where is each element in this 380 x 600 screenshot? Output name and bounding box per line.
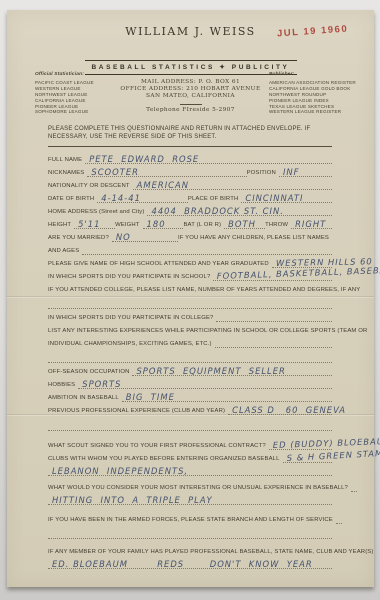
scanned-questionnaire: { "stamp": { "date": "JUL 19 1960", "col… [0, 0, 380, 600]
instructions-text: PLEASE COMPLETE THIS QUESTIONNAIRE AND R… [48, 125, 332, 147]
form-row: IF YOU HAVE BEEN IN THE ARMED FORCES, PL… [48, 515, 332, 524]
field-label: WEIGHT [115, 222, 142, 229]
blank-line [336, 514, 342, 524]
publisher-column: Publisher: AMERICAN ASSOCIATION REGISTER… [269, 72, 359, 115]
publisher-title: Publisher: [269, 72, 359, 78]
answer-line: LEBANON INDEPENDENTS, [48, 466, 332, 476]
answer-line: BOTH [224, 219, 265, 229]
field-label: PREVIOUS PROFESSIONAL EXPERIENCE (CLUB A… [48, 408, 228, 415]
answer-line: SPORTS [78, 379, 332, 389]
form-row: HEIGHT5'11WEIGHT180BAT (L OR R)BOTHTHROW… [48, 220, 332, 229]
field-label: HOBBIES [48, 382, 78, 389]
blank-line [48, 421, 332, 431]
form-row: ED. BLOEBAUM REDS DON'T KNOW YEAR [48, 560, 332, 569]
league-item: AMERICAN ASSOCIATION REGISTER [269, 80, 359, 86]
handwritten-value: ED (BUDDY) BLOEBAUM [272, 436, 380, 450]
questionnaire-paper: JUL 19 1960 WILLIAM J. WEISS BASEBALL ST… [7, 10, 374, 587]
field-label: IN WHICH SPORTS DID YOU PARTICIPATE IN C… [48, 315, 216, 322]
handwritten-value: SPORTS [82, 379, 121, 389]
handwritten-value: NO [116, 232, 131, 242]
handwritten-value: 4-14-41 [101, 193, 141, 203]
form-row: INDIVIDUAL CHAMPIONSHIPS, EXCITING GAMES… [48, 339, 332, 348]
form-row: AMBITION IN BASEBALLBIG TIME [48, 393, 332, 402]
form-row: IN WHICH SPORTS DID YOU PARTICIPATE IN C… [48, 313, 332, 322]
field-label: POSITION [247, 170, 279, 177]
form-row: DATE OF BIRTH4-14-41PLACE OF BIRTHCINCIN… [48, 194, 332, 203]
field-label: PLACE OF BIRTH [188, 196, 241, 203]
form-row: PLEASE GIVE NAME OF HIGH SCHOOL ATTENDED… [48, 259, 332, 268]
field-label: LIST ANY INTERESTING EXPERIENCES WHILE P… [48, 328, 370, 335]
blank-line [82, 245, 332, 255]
answer-line: ED (BUDDY) BLOEBAUM [269, 440, 332, 450]
letterhead-name: WILLIAM J. WEISS [7, 25, 374, 38]
form-row: NATIONALITY OR DESCENTAMERICAN [48, 181, 332, 190]
answer-line: AMERICAN [133, 180, 332, 190]
form-row [48, 530, 332, 539]
field-label: IN WHICH SPORTS DID YOU PARTICIPATE IN S… [48, 274, 213, 281]
questionnaire-form: FULL NAMEPETE EDWARD ROSENICKNAMESSCOOTE… [48, 151, 332, 569]
answer-line: INF [279, 167, 332, 177]
letterhead-banner: BASEBALL STATISTICS ✦ PUBLICITY [85, 60, 297, 75]
handwritten-value: LEBANON INDEPENDENTS, [52, 466, 188, 476]
handwritten-value: HITTING INTO A TRIPLE PLAY [52, 495, 213, 505]
form-row [48, 422, 332, 431]
field-label: CLUBS WITH WHOM YOU PLAYED BEFORE ENTERI… [48, 456, 283, 463]
answer-line: 4-14-41 [97, 193, 188, 203]
blank-line [216, 312, 332, 322]
answer-line: FOOTBALL, BASKETBALL, BASEBALL [213, 271, 332, 281]
field-label: IF YOU HAVE ANY CHILDREN, PLEASE LIST NA… [178, 235, 332, 242]
form-row: LEBANON INDEPENDENTS, [48, 467, 332, 476]
answer-line: NO [112, 232, 178, 242]
field-label: HOME ADDRESS (Street and City) [48, 209, 147, 216]
league-item: WESTERN LEAGUE REGISTER [269, 109, 359, 115]
form-row: LIST ANY INTERESTING EXPERIENCES WHILE P… [48, 326, 332, 335]
handwritten-value: RIGHT [295, 219, 326, 229]
field-label: PLEASE GIVE NAME OF HIGH SCHOOL ATTENDED… [48, 261, 272, 268]
handwritten-value: 180 [147, 219, 166, 229]
form-row: ARE YOU MARRIED?NOIF YOU HAVE ANY CHILDR… [48, 233, 332, 242]
field-label: DATE OF BIRTH [48, 196, 97, 203]
field-label: ARE YOU MARRIED? [48, 235, 112, 242]
official-statistician-list: PACIFIC COAST LEAGUEWESTERN LEAGUENORTHW… [35, 80, 113, 115]
form-row: AND AGES [48, 246, 332, 255]
form-row: HOBBIESSPORTS [48, 380, 332, 389]
handwritten-value: CINCINNATI [245, 193, 303, 203]
field-label: IF YOU HAVE BEEN IN THE ARMED FORCES, PL… [48, 517, 336, 524]
form-row: HOME ADDRESS (Street and City)4404 BRADD… [48, 207, 332, 216]
field-label: WHAT SCOUT SIGNED YOU TO YOUR FIRST PROF… [48, 443, 269, 450]
publisher-list: AMERICAN ASSOCIATION REGISTERCALIFORNIA … [269, 80, 359, 115]
form-row: CLUBS WITH WHOM YOU PLAYED BEFORE ENTERI… [48, 454, 332, 463]
handwritten-value: INF [283, 167, 300, 177]
form-row: IF ANY MEMBER OF YOUR FAMILY HAS PLAYED … [48, 547, 332, 556]
form-row: WHAT SCOUT SIGNED YOU TO YOUR FIRST PROF… [48, 441, 332, 450]
handwritten-value: CLASS D 60 GENEVA [232, 405, 346, 415]
answer-line: PETE EDWARD ROSE [85, 154, 332, 164]
answer-line: RIGHT [291, 219, 332, 229]
field-label: WHAT WOULD YOU CONSIDER YOUR MOST INTERE… [48, 485, 351, 492]
field-label: OFF-SEASON OCCUPATION [48, 369, 132, 376]
letterhead-divider [180, 104, 202, 105]
blank-line [215, 338, 332, 348]
league-item: CALIFORNIA LEAGUE GOLD BOOK [269, 86, 359, 92]
answer-line: CLASS D 60 GENEVA [228, 405, 332, 415]
form-row: NICKNAMESSCOOTERPOSITIONINF [48, 168, 332, 177]
handwritten-value: SCOOTER [91, 167, 139, 177]
league-item: SOPHOMORE LEAGUE [35, 109, 113, 115]
form-row [48, 300, 332, 309]
answer-line: HITTING INTO A TRIPLE PLAY [48, 495, 332, 505]
answer-line: CINCINNATI [241, 193, 332, 203]
field-label: IF YOU ATTENDED COLLEGE, PLEASE LIST NAM… [48, 287, 363, 294]
official-statistician-column: Official Statistician: PACIFIC COAST LEA… [35, 72, 113, 115]
form-row: PREVIOUS PROFESSIONAL EXPERIENCE (CLUB A… [48, 406, 332, 415]
answer-line: SPORTS EQUIPMENT SELLER [132, 366, 332, 376]
answer-line: SCOOTER [87, 167, 246, 177]
field-label: HEIGHT [48, 222, 74, 229]
field-label: AND AGES [48, 248, 82, 255]
blank-line [48, 299, 332, 309]
handwritten-value: BIG TIME [126, 392, 175, 402]
form-row: IN WHICH SPORTS DID YOU PARTICIPATE IN S… [48, 272, 332, 281]
field-label: THROW [265, 222, 291, 229]
field-label: BAT (L OR R) [183, 222, 224, 229]
answer-line: ED. BLOEBAUM REDS DON'T KNOW YEAR [48, 559, 332, 569]
handwritten-value: ED. BLOEBAUM REDS DON'T KNOW YEAR [52, 559, 313, 569]
blank-line [48, 353, 332, 363]
form-row [48, 354, 332, 363]
handwritten-value: 5'11 [78, 219, 100, 229]
form-row: WHAT WOULD YOU CONSIDER YOUR MOST INTERE… [48, 483, 332, 492]
form-row: HITTING INTO A TRIPLE PLAY [48, 496, 332, 505]
answer-line: 4404 BRADDOCK ST. CIN. [147, 206, 332, 216]
handwritten-value: SPORTS EQUIPMENT SELLER [136, 366, 285, 376]
handwritten-value: 4404 BRADDOCK ST. CIN. [151, 206, 283, 216]
form-row: OFF-SEASON OCCUPATIONSPORTS EQUIPMENT SE… [48, 367, 332, 376]
answer-line: 5'11 [74, 219, 115, 229]
field-label: AMBITION IN BASEBALL [48, 395, 122, 402]
field-label: NICKNAMES [48, 170, 87, 177]
blank-line [351, 482, 357, 492]
answer-line: S & H GREEN STAMP [283, 453, 332, 463]
handwritten-value: BOTH [228, 219, 256, 229]
field-label: INDIVIDUAL CHAMPIONSHIPS, EXCITING GAMES… [48, 341, 215, 348]
answer-line: BIG TIME [122, 392, 332, 402]
form-row: FULL NAMEPETE EDWARD ROSE [48, 155, 332, 164]
handwritten-value: AMERICAN [137, 180, 189, 190]
field-label: IF ANY MEMBER OF YOUR FAMILY HAS PLAYED … [48, 549, 377, 556]
handwritten-value: PETE EDWARD ROSE [89, 154, 199, 164]
form-row: IF YOU ATTENDED COLLEGE, PLEASE LIST NAM… [48, 285, 332, 294]
official-statistician-title: Official Statistician: [35, 72, 113, 78]
field-label: NATIONALITY OR DESCENT [48, 183, 133, 190]
blank-line [48, 529, 332, 539]
answer-line: 180 [143, 219, 184, 229]
field-label: FULL NAME [48, 157, 85, 164]
